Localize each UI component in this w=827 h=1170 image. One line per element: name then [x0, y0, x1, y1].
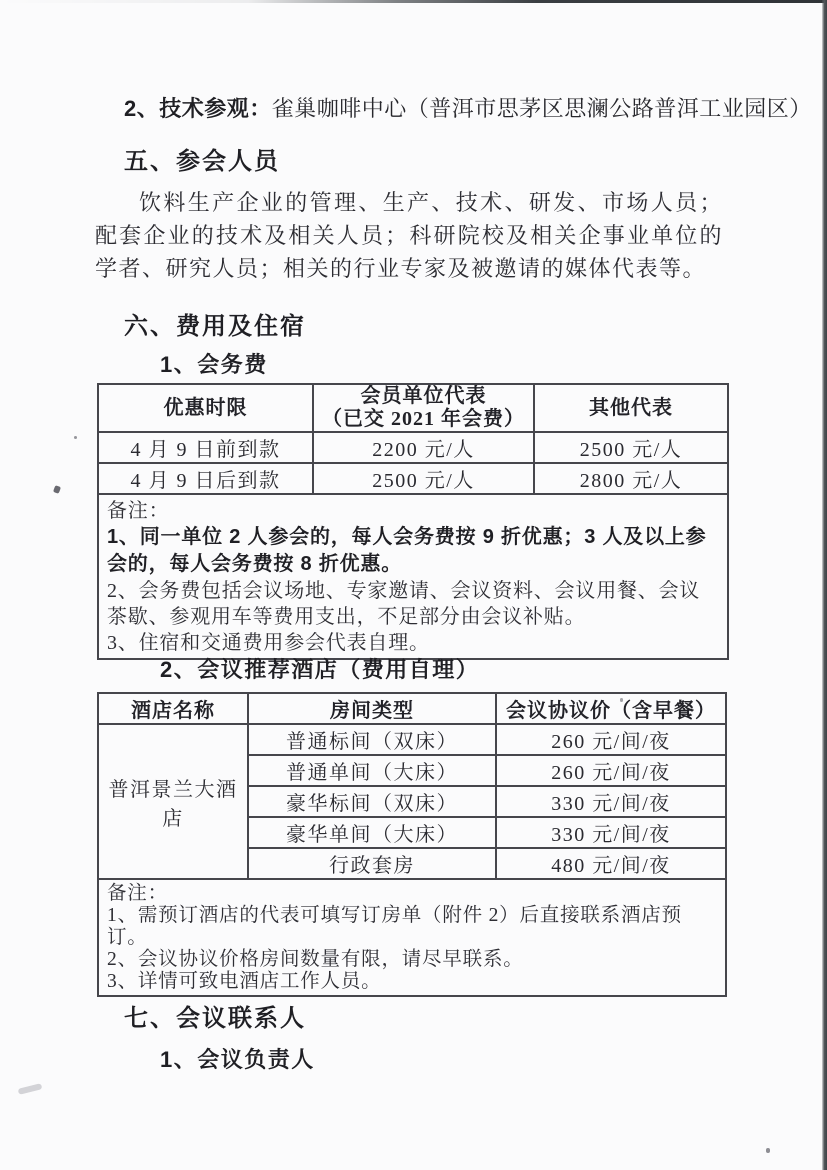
room-type-cell: 普通单间（大床） — [248, 755, 496, 786]
hotel-notes-cell: 备注： 1、需预订酒店的代表可填写订房单（附件 2）后直接联系酒店预订。 2、会… — [98, 879, 726, 996]
hotel-table-row: 普洱景兰大酒店 普通标间（双床） 260 元/间/夜 — [98, 724, 726, 755]
hotel-subheading: 2、会议推荐酒店（费用自理） — [160, 653, 479, 684]
attendees-heading: 五、参会人员 — [124, 141, 280, 176]
room-type-cell: 豪华单间（大床） — [248, 817, 496, 848]
fee-other-price-cell: 2800 元/人 — [534, 463, 728, 494]
fee-header-other: 其他代表 — [534, 384, 728, 432]
hotel-name-cell: 普洱景兰大酒店 — [98, 724, 248, 879]
fee-header-deadline: 优惠时限 — [98, 384, 313, 432]
fee-note-line: 2、会务费包括会议场地、专家邀请、会议资料、会议用餐、会议茶歇、参观用车等费用支… — [107, 578, 719, 630]
scan-speck — [766, 1148, 770, 1153]
fee-member-price-cell: 2500 元/人 — [313, 463, 534, 494]
fee-deadline-cell: 4 月 9 日后到款 — [98, 463, 313, 494]
room-type-cell: 豪华标间（双床） — [248, 786, 496, 817]
fee-header-member-line2: （已交 2021 年会费） — [314, 408, 533, 431]
fee-header-member-line1: 会员单位代表 — [314, 385, 533, 408]
room-price-cell: 260 元/间/夜 — [496, 724, 726, 755]
hotel-table-header-row: 酒店名称 房间类型 会议协议价（含早餐） — [98, 693, 726, 724]
fee-table-header-row: 优惠时限 会员单位代表 （已交 2021 年会费） 其他代表 — [98, 384, 728, 432]
hotel-notes-row: 备注： 1、需预订酒店的代表可填写订房单（附件 2）后直接联系酒店预订。 2、会… — [98, 879, 726, 996]
tech-visit-value: 雀巢咖啡中心（普洱市思茅区思澜公路普洱工业园区） — [272, 96, 812, 121]
hotel-notes-label: 备注： — [107, 883, 717, 905]
fee-other-price-cell: 2500 元/人 — [534, 432, 728, 463]
scanned-document-page: 2、技术参观：雀巢咖啡中心（普洱市思茅区思澜公路普洱工业园区） 五、参会人员 饮… — [0, 0, 827, 1170]
room-price-cell: 330 元/间/夜 — [496, 786, 726, 817]
contact-lead-subheading: 1、会议负责人 — [160, 1043, 315, 1074]
hotel-note-line: 3、详情可致电酒店工作人员。 — [107, 971, 717, 993]
scan-speck — [18, 1083, 43, 1095]
fee-member-price-cell: 2200 元/人 — [313, 432, 534, 463]
room-type-cell: 普通标间（双床） — [248, 724, 496, 755]
hotel-note-line: 1、需预订酒店的代表可填写订房单（附件 2）后直接联系酒店预订。 — [107, 905, 717, 949]
attendees-paragraph: 饮料生产企业的管理、生产、技术、研发、市场人员；配套企业的技术及相关人员；科研院… — [95, 186, 723, 296]
hotel-header-room: 房间类型 — [248, 693, 496, 724]
fee-header-member: 会员单位代表 （已交 2021 年会费） — [313, 384, 534, 432]
hotel-header-name: 酒店名称 — [98, 693, 248, 724]
contacts-heading: 七、会议联系人 — [124, 998, 306, 1033]
scan-top-edge-artifact — [0, 0, 827, 3]
scan-right-edge-artifact — [822, 0, 827, 1170]
fee-table-row: 4 月 9 日前到款 2200 元/人 2500 元/人 — [98, 432, 728, 463]
fee-deadline-cell: 4 月 9 日前到款 — [98, 432, 313, 463]
tech-visit-line: 2、技术参观：雀巢咖啡中心（普洱市思茅区思澜公路普洱工业园区） — [124, 92, 812, 123]
scan-speck — [74, 436, 77, 439]
scan-speck — [53, 485, 61, 494]
room-price-cell: 260 元/间/夜 — [496, 755, 726, 786]
fee-note-line: 1、同一单位 2 人参会的，每人会务费按 9 折优惠；3 人及以上参会的，每人会… — [107, 524, 719, 578]
room-price-cell: 480 元/间/夜 — [496, 848, 726, 879]
fee-table-row: 4 月 9 日后到款 2500 元/人 2800 元/人 — [98, 463, 728, 494]
hotel-note-line: 2、会议协议价格房间数量有限，请尽早联系。 — [107, 949, 717, 971]
tech-visit-label: 2、技术参观： — [124, 96, 272, 121]
fee-table: 优惠时限 会员单位代表 （已交 2021 年会费） 其他代表 4 月 9 日前到… — [97, 383, 729, 660]
fee-subheading: 1、会务费 — [160, 348, 268, 379]
hotel-header-price: 会议协议价（含早餐） — [496, 693, 726, 724]
fees-heading: 六、费用及住宿 — [124, 306, 306, 341]
fee-notes-row: 备注： 1、同一单位 2 人参会的，每人会务费按 9 折优惠；3 人及以上参会的… — [98, 494, 728, 659]
hotel-table: 酒店名称 房间类型 会议协议价（含早餐） 普洱景兰大酒店 普通标间（双床） 26… — [97, 692, 727, 997]
room-price-cell: 330 元/间/夜 — [496, 817, 726, 848]
fee-notes-cell: 备注： 1、同一单位 2 人参会的，每人会务费按 9 折优惠；3 人及以上参会的… — [98, 494, 728, 659]
fee-notes-label: 备注： — [107, 498, 719, 524]
room-type-cell: 行政套房 — [248, 848, 496, 879]
